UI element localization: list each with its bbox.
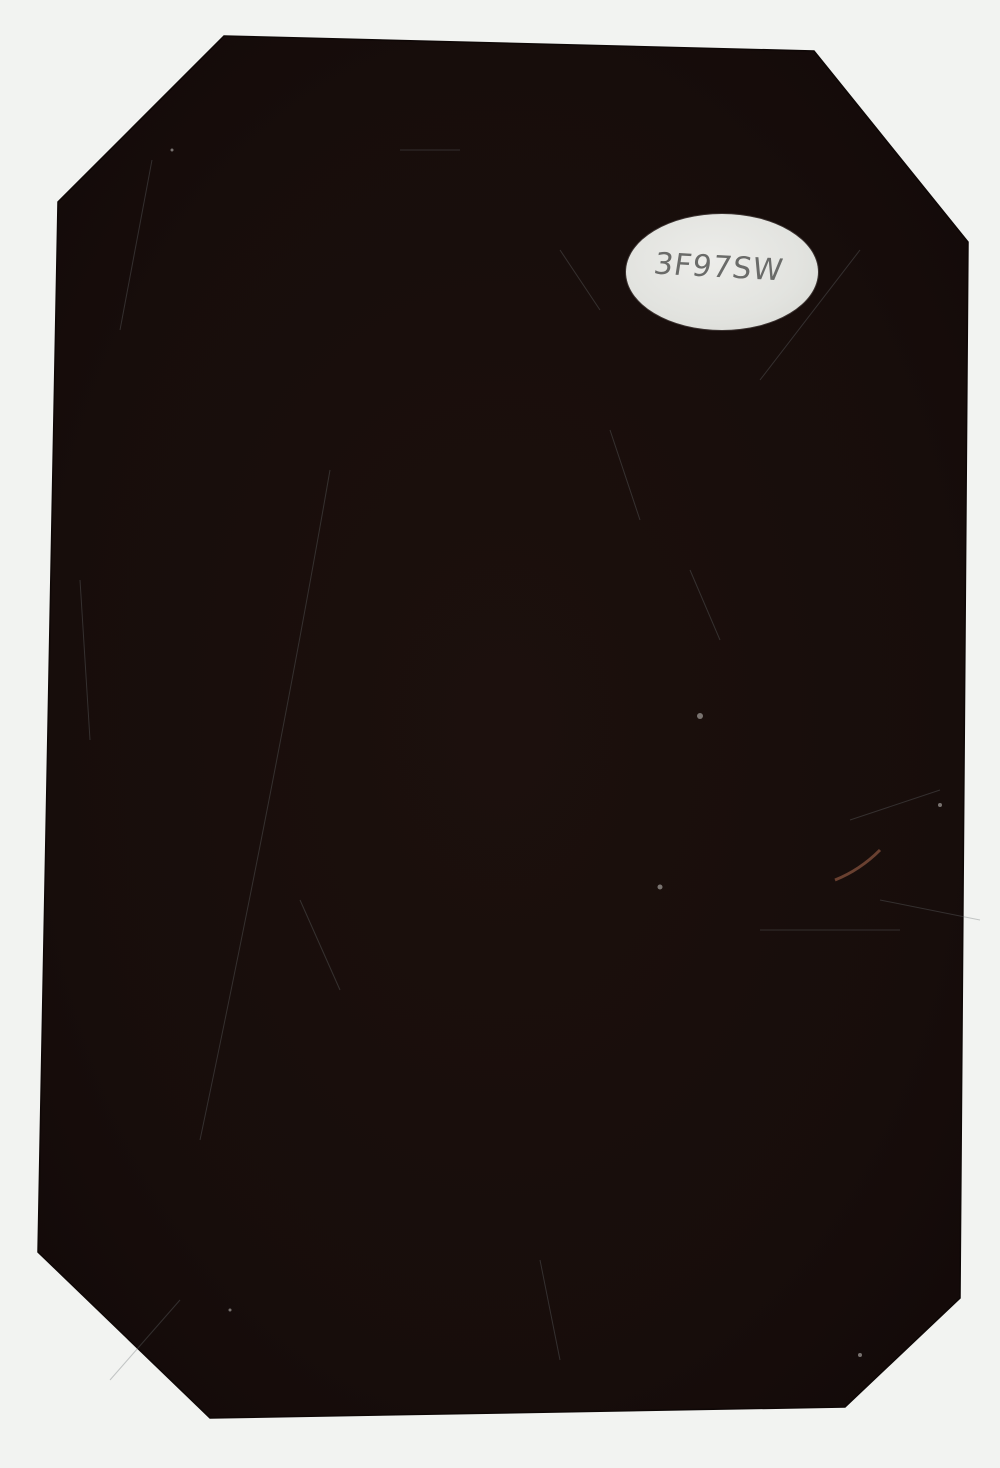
label-handwriting: 3F97SW [652, 246, 787, 288]
scanned-tintype-back: 3F97SW [0, 0, 1000, 1468]
oval-paper-label: 3F97SW [626, 214, 818, 330]
metal-plate [0, 0, 1000, 1468]
plate-shape [38, 36, 968, 1418]
